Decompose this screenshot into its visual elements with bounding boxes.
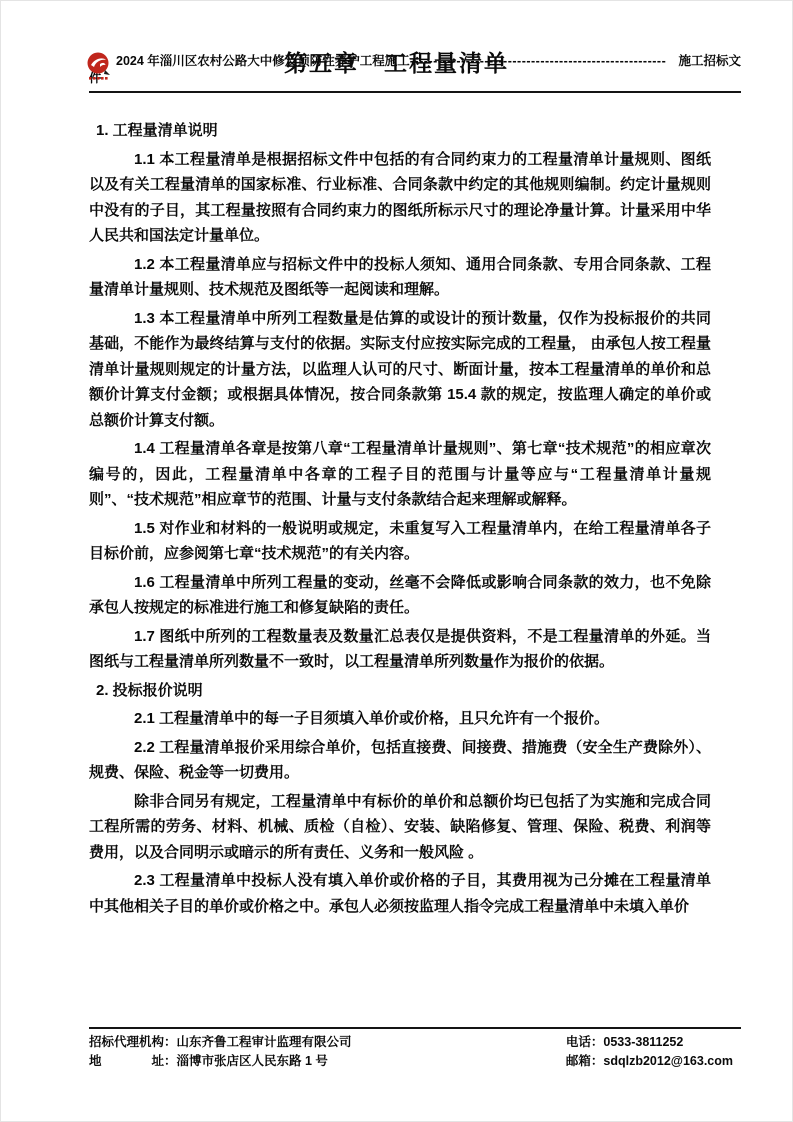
header-line1: 2024 年淄川区农村公路大中修及预防性养护工程施工 -------------…: [89, 53, 741, 70]
paragraph-2-2: 2.2 工程量清单报价采用综合单价，包括直接费、间接费、措施费（安全生产费除外）…: [89, 735, 711, 786]
header-dash-leader: ----------------------------------------…: [410, 53, 679, 70]
section-1: 1. 工程量清单说明 1.1 本工程量清单是根据招标文件中包括的有合同约束力的工…: [89, 118, 711, 675]
page-footer: 招标代理机构：山东齐鲁工程审计监理有限公司 地 址：淄博市张店区人民东路 1 号…: [89, 1027, 741, 1071]
footer-email-row: 邮箱：sdqlzb2012@163.com: [566, 1052, 733, 1071]
footer-contact-block: 电话：0533-3811252 邮箱：sdqlzb2012@163.com: [566, 1033, 733, 1071]
paragraph-2-1: 2.1 工程量清单中的每一子目须填入单价或价格，且只允许有一个报价。: [89, 706, 711, 732]
footer-agency-block: 招标代理机构：山东齐鲁工程审计监理有限公司 地 址：淄博市张店区人民东路 1 号: [89, 1033, 352, 1071]
header-project-name: 2024 年淄川区农村公路大中修及预防性养护工程施工: [116, 53, 410, 70]
company-seal-icon: [86, 51, 112, 85]
page-header: 2024 年淄川区农村公路大中修及预防性养护工程施工 -------------…: [89, 53, 741, 93]
header-doc-type: 施工招标文: [678, 53, 741, 70]
paragraph-1-7: 1.7 图纸中所列的工程数量表及数量汇总表仅是提供资料，不是工程量清单的外延。当…: [89, 624, 711, 675]
paragraph-1-5: 1.5 对作业和材料的一般说明或规定，未重复写入工程量清单内，在给工程量清单各子…: [89, 516, 711, 567]
paragraph-2-3: 2.3 工程量清单中投标人没有填入单价或价格的子目，其费用视为己分摊在工程量清单…: [89, 868, 711, 919]
document-page: 2024 年淄川区农村公路大中修及预防性养护工程施工 -------------…: [0, 0, 793, 1122]
paragraph-1-4: 1.4 工程量清单各章是按第八章“工程量清单计量规则”、第七章“技术规范”的相应…: [89, 436, 711, 513]
paragraph-1-2: 1.2 本工程量清单应与招标文件中的投标人须知、通用合同条款、专用合同条款、工程…: [89, 252, 711, 303]
section-2: 2. 投标报价说明 2.1 工程量清单中的每一子目须填入单价或价格，且只允许有一…: [89, 678, 711, 920]
paragraph-1-6: 1.6 工程量清单中所列工程量的变动，丝毫不会降低或影响合同条款的效力，也不免除…: [89, 570, 711, 621]
section-2-heading: 2. 投标报价说明: [89, 678, 711, 704]
header-line2-wrap-char: 件: [89, 70, 741, 87]
footer-phone-row: 电话：0533-3811252: [566, 1033, 733, 1052]
paragraph-2-2-cont: 除非合同另有规定，工程量清单中有标价的单价和总额价均已包括了为实施和完成合同工程…: [89, 789, 711, 866]
section-1-heading: 1. 工程量清单说明: [89, 118, 711, 144]
footer-agency-row: 招标代理机构：山东齐鲁工程审计监理有限公司: [89, 1033, 352, 1052]
paragraph-1-1: 1.1 本工程量清单是根据招标文件中包括的有合同约束力的工程量清单计量规则、图纸…: [89, 147, 711, 249]
document-body: 1. 工程量清单说明 1.1 本工程量清单是根据招标文件中包括的有合同约束力的工…: [89, 118, 711, 919]
footer-address-row: 地 址：淄博市张店区人民东路 1 号: [89, 1052, 352, 1071]
paragraph-1-3: 1.3 本工程量清单中所列工程数量是估算的或设计的预计数量，仅作为投标报价的共同…: [89, 306, 711, 434]
